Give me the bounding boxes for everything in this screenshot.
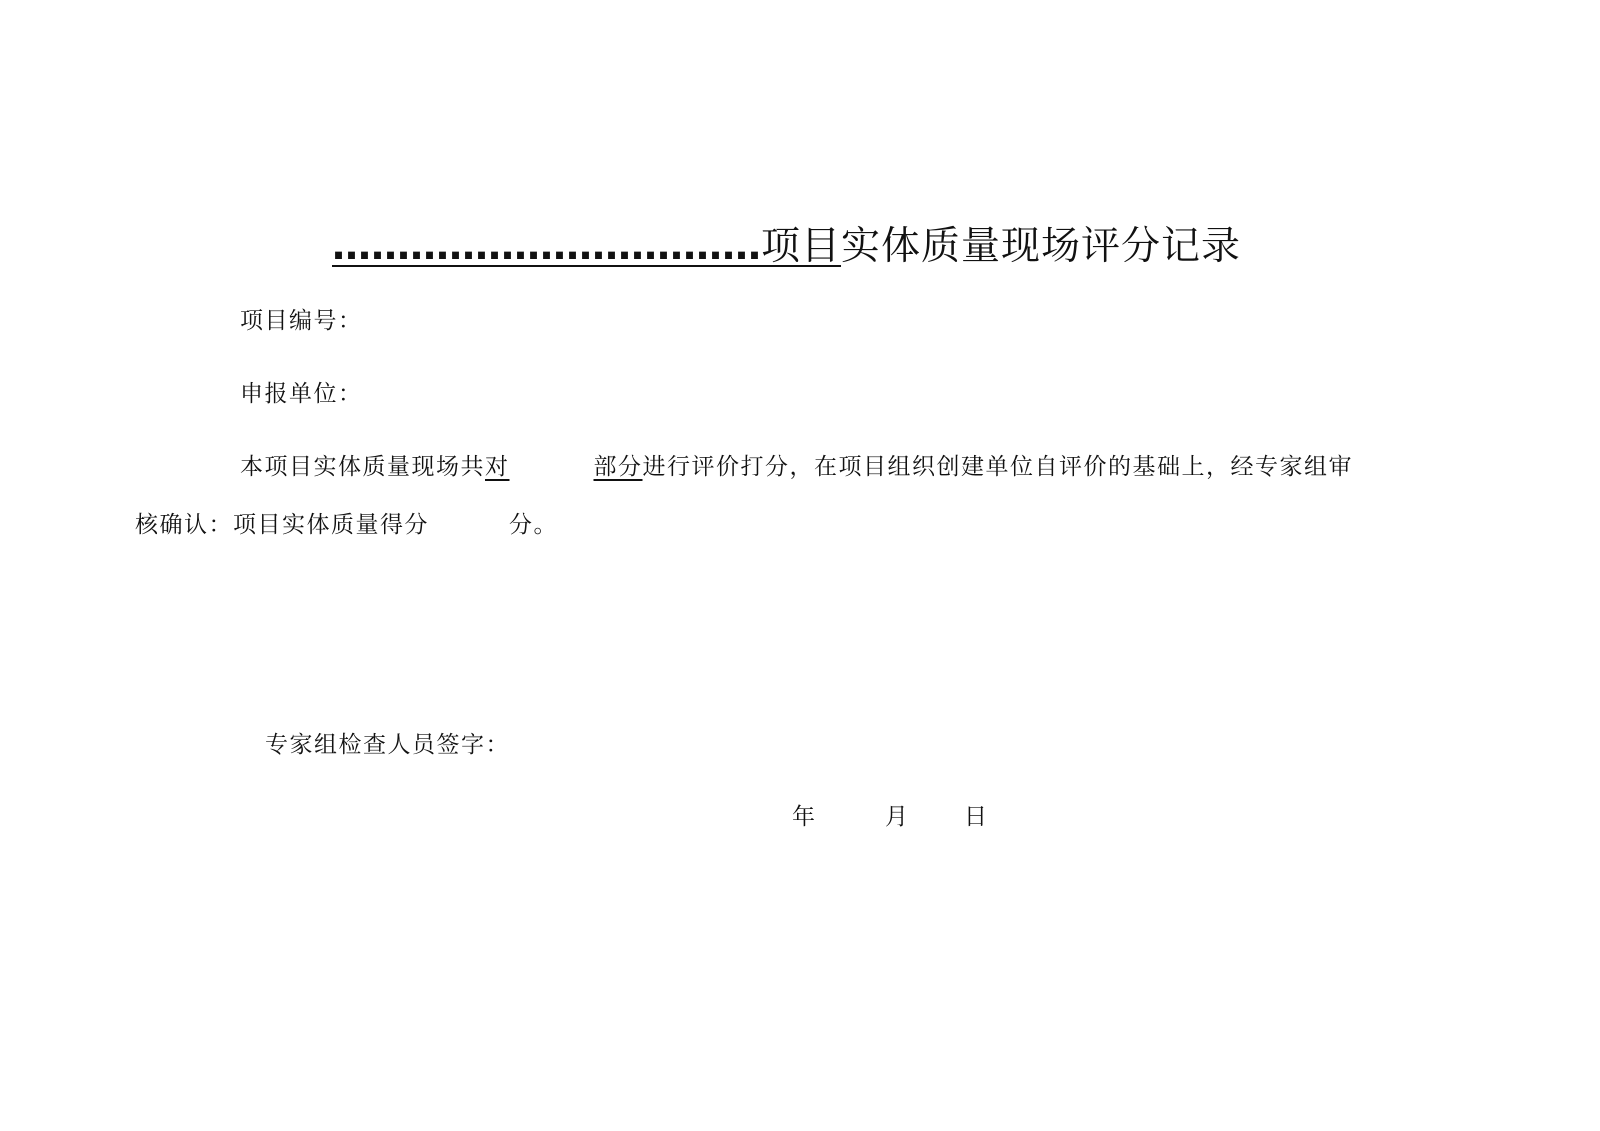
title-underlined-word: 项目 bbox=[761, 224, 841, 269]
paragraph-line-2: 核确认：项目实体质量得分分。 bbox=[135, 510, 558, 540]
month-label: 月 bbox=[885, 804, 910, 830]
date-year: 年 bbox=[792, 802, 817, 832]
title-dots: …………………………… bbox=[332, 224, 761, 269]
paragraph-text-2: 进行评价打分，在项目组织创建单位自评价的基础上，经专家组审 bbox=[643, 454, 1354, 480]
parts-count-underline: 对​部分 bbox=[485, 454, 643, 480]
paragraph-line-1: 本项目实体质量现场共对​部分进行评价打分，在项目组织创建单位自评价的基础上，经专… bbox=[240, 452, 1353, 482]
paragraph-text-3: 核确认：项目实体质量得分 bbox=[135, 512, 429, 538]
document-title: ……………………………项目实体质量现场评分记录 bbox=[332, 222, 1241, 272]
parts-count-blank: ​ bbox=[510, 452, 594, 482]
project-number-field: 项目编号： bbox=[240, 306, 363, 336]
date-day: 日 bbox=[964, 802, 989, 832]
applicant-unit-field: 申报单位： bbox=[240, 379, 363, 409]
title-rest: 实体质量现场评分记录 bbox=[841, 224, 1241, 269]
applicant-unit-label: 申报单位： bbox=[240, 381, 363, 407]
paragraph-text-4: 分。 bbox=[509, 512, 558, 538]
signature-label: 专家组检查人员签字： bbox=[265, 732, 510, 758]
document-page: ……………………………项目实体质量现场评分记录 项目编号： 申报单位： 本项目实… bbox=[0, 0, 1600, 1131]
date-month: 月 bbox=[885, 802, 910, 832]
signature-field: 专家组检查人员签字： bbox=[265, 730, 510, 760]
paragraph-text-1: 本项目实体质量现场共 bbox=[240, 454, 485, 480]
underlined-bufen: 部分 bbox=[594, 454, 643, 480]
day-label: 日 bbox=[964, 804, 989, 830]
title-underlined-segment: ……………………………项目 bbox=[332, 224, 841, 269]
underlined-dui: 对 bbox=[485, 454, 510, 480]
project-number-label: 项目编号： bbox=[240, 308, 363, 334]
year-label: 年 bbox=[792, 804, 817, 830]
